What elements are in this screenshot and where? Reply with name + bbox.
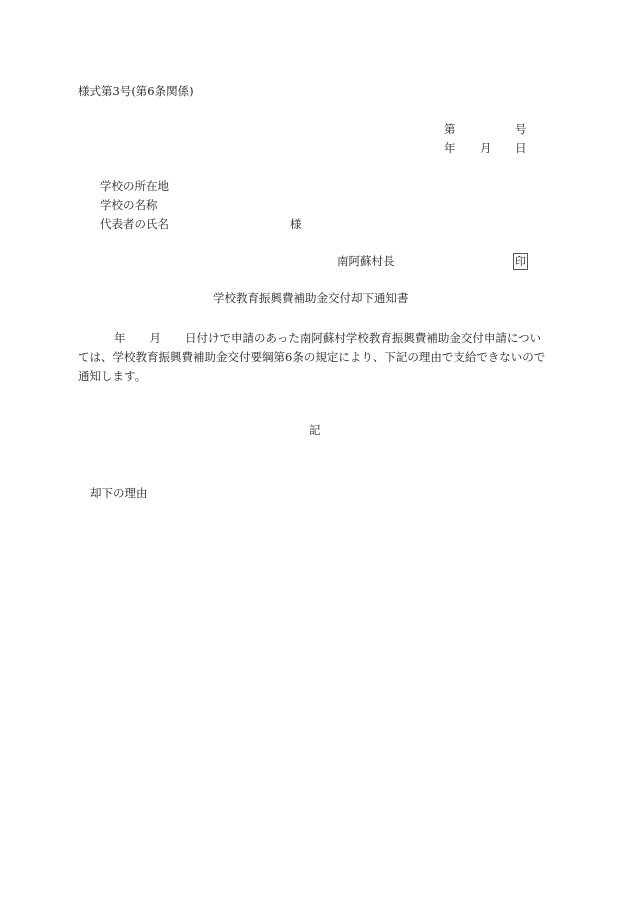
body-line-1-text: 日付けで申請のあった南阿蘇村学校教育振興費補助金交付申請につい (185, 331, 541, 345)
school-name-label: 学校の名称 (100, 200, 158, 212)
ki-heading: 記 (309, 425, 321, 437)
document-number-suffix: 号 (515, 124, 527, 136)
document-title: 学校教育振興費補助金交付却下通知書 (213, 293, 409, 305)
date-month-label: 月 (480, 143, 492, 155)
date-year-label: 年 (444, 143, 456, 155)
body-month: 月 (150, 331, 162, 345)
representative-name-label: 代表者の氏名 (100, 219, 169, 231)
school-location-label: 学校の所在地 (100, 181, 169, 193)
body-paragraph: 年月日付けで申請のあった南阿蘇村学校教育振興費補助金交付申請につい ては、学校教… (78, 329, 548, 386)
form-number: 様式第3号(第6条関係) (78, 86, 194, 98)
body-year: 年 (114, 331, 126, 345)
body-line-3: 通知します。 (78, 367, 548, 386)
sender-title: 南阿蘇村長 (337, 256, 395, 268)
date-day-label: 日 (515, 143, 527, 155)
seal-icon: 印 (513, 253, 528, 270)
body-line-1: 年月日付けで申請のあった南阿蘇村学校教育振興費補助金交付申請につい (78, 329, 548, 348)
honorific: 様 (290, 219, 302, 231)
document-number-prefix: 第 (444, 124, 456, 136)
body-line-2: ては、学校教育振興費補助金交付要綱第6条の規定により、下記の理由で支給できないの… (78, 348, 548, 367)
rejection-reason-label: 却下の理由 (90, 488, 148, 500)
